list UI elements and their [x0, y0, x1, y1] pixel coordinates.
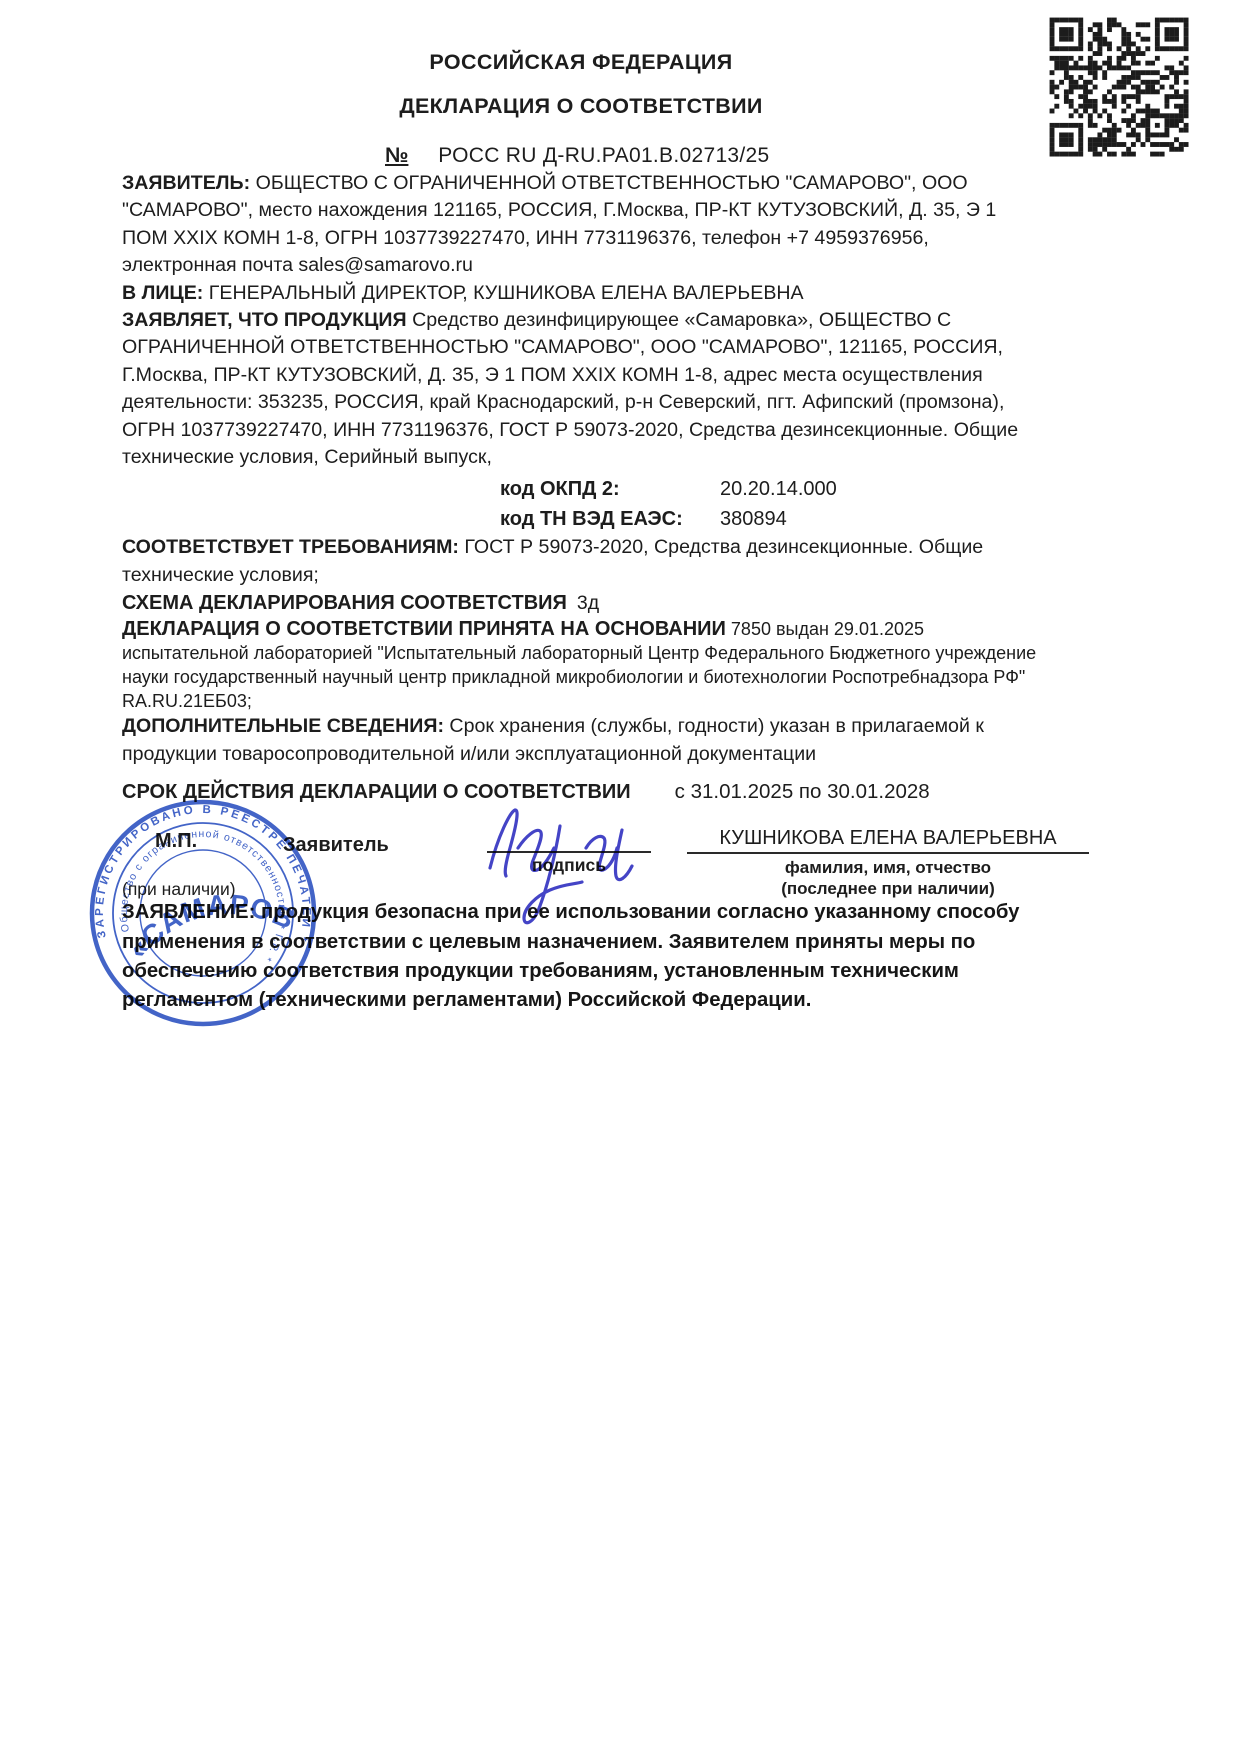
country-title: РОССИЙСКАЯ ФЕДЕРАЦИЯ — [122, 50, 1040, 74]
document-title: ДЕКЛАРАЦИЯ О СООТВЕТСТВИИ — [122, 94, 1040, 118]
svg-text:ЗАРЕГИСТРИРОВАНО В РЕЕСТРЕ ПЕЧ: ЗАРЕГИСТРИРОВАНО В РЕЕСТРЕ ПЕЧАТЕЙ * — [71, 781, 323, 994]
applicant-label: ЗАЯВИТЕЛЬ: — [122, 172, 250, 194]
tnved-value: 380894 — [720, 504, 787, 534]
name-caption-1: фамилия, имя, отчество — [687, 857, 1089, 878]
holder-name-field: КУШНИКОВА ЕЛЕНА ВАЛЕРЬЕВНА фамилия, имя,… — [687, 826, 1089, 899]
scheme-label: СХЕМА ДЕКЛАРИРОВАНИЯ СООТВЕТСТВИЯ — [122, 592, 567, 614]
qr-code — [1040, 8, 1198, 166]
okpd-label: код ОКПД 2: — [500, 474, 720, 504]
tnved-row: код ТН ВЭД ЕАЭС: 380894 — [122, 504, 1040, 534]
product-text: Средство дезинфицирующее «Самаровка», ОБ… — [122, 309, 1018, 468]
number-value: РОСС RU Д-RU.РА01.В.02713/25 — [438, 144, 769, 167]
tnved-label: код ТН ВЭД ЕАЭС: — [500, 504, 720, 534]
scheme-line: СХЕМА ДЕКЛАРИРОВАНИЯ СООТВЕТСТВИЯ3д — [122, 589, 1040, 618]
okpd-row: код ОКПД 2: 20.20.14.000 — [122, 474, 1040, 504]
name-caption-2: (последнее при наличии) — [687, 878, 1089, 899]
declaration-document: РОССИЙСКАЯ ФЕДЕРАЦИЯ ДЕКЛАРАЦИЯ О СООТВЕ… — [0, 0, 1240, 1753]
additional-paragraph: ДОПОЛНИТЕЛЬНЫЕ СВЕДЕНИЯ: Срок хранения (… — [122, 713, 1040, 768]
applicant-text: ОБЩЕСТВО С ОГРАНИЧЕННОЙ ОТВЕТСТВЕННОСТЬЮ… — [122, 172, 996, 276]
in-person-text: ГЕНЕРАЛЬНЫЙ ДИРЕКТОР, КУШНИКОВА ЕЛЕНА ВА… — [209, 282, 804, 304]
scheme-value: 3д — [577, 592, 599, 614]
validity-period: с 31.01.2025 по 30.01.2028 — [675, 780, 930, 803]
handwritten-signature-ink — [468, 796, 683, 934]
in-person-line: В ЛИЦЕ: ГЕНЕРАЛЬНЫЙ ДИРЕКТОР, КУШНИКОВА … — [122, 280, 1040, 307]
conforms-paragraph: СООТВЕТСТВУЕТ ТРЕБОВАНИЯМ: ГОСТ Р 59073-… — [122, 534, 1040, 589]
okpd-value: 20.20.14.000 — [720, 474, 837, 504]
product-paragraph: ЗАЯВЛЯЕТ, ЧТО ПРОДУКЦИЯ Средство дезинфи… — [122, 307, 1040, 471]
codes-block: код ОКПД 2: 20.20.14.000 код ТН ВЭД ЕАЭС… — [122, 474, 1040, 534]
basis-paragraph: ДЕКЛАРАЦИЯ О СООТВЕТСТВИИ ПРИНЯТА НА ОСН… — [122, 618, 1040, 713]
stamp-outer-text: ЗАРЕГИСТРИРОВАНО В РЕЕСТРЕ ПЕЧАТЕЙ * — [71, 781, 323, 994]
number-sign: № — [385, 144, 408, 167]
conforms-label: СООТВЕТСТВУЕТ ТРЕБОВАНИЯМ: — [122, 536, 459, 558]
holder-name: КУШНИКОВА ЕЛЕНА ВАЛЕРЬЕВНА — [687, 826, 1089, 854]
product-label: ЗАЯВЛЯЕТ, ЧТО ПРОДУКЦИЯ — [122, 309, 407, 331]
basis-label: ДЕКЛАРАЦИЯ О СООТВЕТСТВИИ ПРИНЯТА НА ОСН… — [122, 618, 726, 640]
in-person-label: В ЛИЦЕ: — [122, 282, 203, 304]
applicant-paragraph: ЗАЯВИТЕЛЬ: ОБЩЕСТВО С ОГРАНИЧЕННОЙ ОТВЕТ… — [122, 170, 1040, 280]
declaration-number: № РОСС RU Д-RU.РА01.В.02713/25 — [385, 142, 1040, 170]
additional-label: ДОПОЛНИТЕЛЬНЫЕ СВЕДЕНИЯ: — [122, 715, 444, 737]
